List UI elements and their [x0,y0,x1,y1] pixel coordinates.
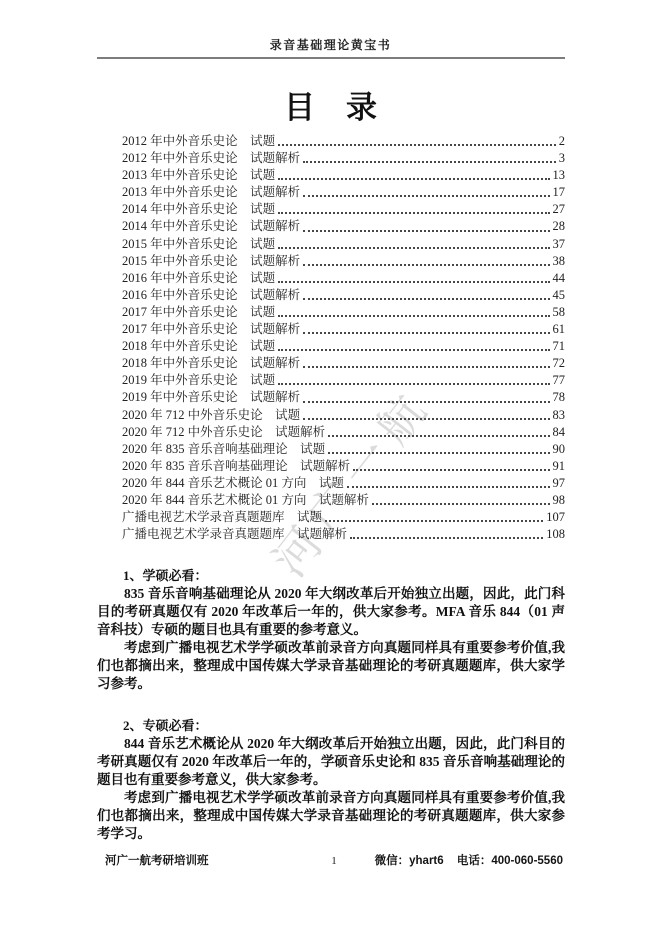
toc-entry-label: 2016 年中外音乐史论 试题 [122,270,275,287]
page-title: 目 录 [0,82,661,127]
footer-phone: 电话：400-060-5560 [457,855,563,867]
toc-entry: 2015 年中外音乐史论 试题解析 38 [122,253,565,270]
toc-entry-label: 2013 年中外音乐史论 试题解析 [122,184,300,201]
section-heading: 1、学硕必看： [97,567,565,585]
toc-dot-leader [303,263,549,266]
toc-entry-page: 44 [553,270,566,287]
toc-entry-page: 77 [553,372,566,389]
toc-entry-label: 2015 年中外音乐史论 试题 [122,236,275,253]
toc-dot-leader [278,280,549,283]
toc-entry-page: 61 [553,321,566,338]
toc-dot-leader [303,297,549,300]
toc-entry: 2014 年中外音乐史论 试题解析 28 [122,218,565,235]
toc-entry: 2020 年 712 中外音乐史论 试题 83 [122,407,565,424]
toc-dot-leader [278,382,549,385]
toc-entry-page: 58 [553,304,566,321]
toc-entry: 2016 年中外音乐史论 试题 44 [122,270,565,287]
toc-entry-label: 2015 年中外音乐史论 试题解析 [122,253,300,270]
toc-entry: 广播电视艺术学录音真题题库 试题 107 [122,509,565,526]
toc-entry-page: 17 [553,184,566,201]
footer-page-number: 1 [314,855,354,867]
toc-entry: 2020 年 835 音乐音响基础理论 试题 90 [122,441,565,458]
toc-entry-label: 2012 年中外音乐史论 试题 [122,133,275,150]
toc-entry-page: 83 [553,407,566,424]
toc-entry-label: 2019 年中外音乐史论 试题解析 [122,389,300,406]
toc-entry-page: 91 [553,458,566,475]
toc-entry: 2016 年中外音乐史论 试题解析 45 [122,287,565,304]
toc-entry-label: 2016 年中外音乐史论 试题解析 [122,287,300,304]
toc-dot-leader [278,211,549,214]
toc-entry: 广播电视艺术学录音真题题库 试题解析 108 [122,526,565,543]
toc-entry-label: 2012 年中外音乐史论 试题解析 [122,150,300,167]
footer-brand: 河广一航考研培训班 [105,852,314,868]
toc-entry: 2020 年 844 音乐艺术概论 01 方向 试题 97 [122,475,565,492]
toc-entry: 2015 年中外音乐史论 试题 37 [122,236,565,253]
toc-dot-leader [303,365,549,368]
toc-entry-page: 107 [546,509,565,526]
section-master-note: 1、学硕必看： 835 音乐音响基础理论从 2020 年大纲改革后开始独立出题，… [97,567,565,693]
toc-entry-page: 71 [553,338,566,355]
toc-entry-label: 2013 年中外音乐史论 试题 [122,167,275,184]
toc-entry-label: 广播电视艺术学录音真题题库 试题解析 [122,526,347,543]
header-book-title: 录音基础理论黄宝书 [0,36,661,53]
toc-entry: 2018 年中外音乐史论 试题 71 [122,338,565,355]
body-sections: 1、学硕必看： 835 音乐音响基础理论从 2020 年大纲改革后开始独立出题，… [97,567,565,843]
toc-dot-leader [325,519,543,522]
toc-entry-page: 27 [553,201,566,218]
toc-dot-leader [278,177,549,180]
document-page: 录音基础理论黄宝书 目 录 河广一航 2012 年中外音乐史论 试题 2 201… [0,0,661,935]
toc-entry-label: 2020 年 712 中外音乐史论 试题解析 [122,424,325,441]
toc-dot-leader [278,348,549,351]
page-footer: 河广一航考研培训班 1 微信：yhart6 电话：400-060-5560 [105,852,563,868]
toc-entry-label: 2018 年中外音乐史论 试题解析 [122,355,300,372]
toc-entry-label: 2018 年中外音乐史论 试题 [122,338,275,355]
toc-dot-leader [278,314,549,317]
toc-entry: 2013 年中外音乐史论 试题解析 17 [122,184,565,201]
toc-entry-label: 2020 年 835 音乐音响基础理论 试题 [122,441,325,458]
toc-entry-label: 2020 年 712 中外音乐史论 试题 [122,407,300,424]
toc-dot-leader [303,417,549,420]
toc-dot-leader [353,468,549,471]
paragraph: 835 音乐音响基础理论从 2020 年大纲改革后开始独立出题，因此，此门科目的… [97,585,565,639]
toc-entry: 2019 年中外音乐史论 试题解析 78 [122,389,565,406]
footer-contact: 微信：yhart6 电话：400-060-5560 [354,852,563,868]
toc-dot-leader [278,246,549,249]
toc-entry-label: 2020 年 844 音乐艺术概论 01 方向 试题解析 [122,492,369,509]
toc-entry: 2020 年 712 中外音乐史论 试题解析 84 [122,424,565,441]
toc-entry-page: 72 [553,355,566,372]
toc-dot-leader [350,536,543,539]
toc-entry-page: 78 [553,389,566,406]
toc-entry-label: 2019 年中外音乐史论 试题 [122,372,275,389]
toc-entry: 2014 年中外音乐史论 试题 27 [122,201,565,218]
paragraph: 844 音乐艺术概论从 2020 年大纲改革后开始独立出题，因此，此门科目的考研… [97,735,565,789]
footer-wechat: 微信：yhart6 [375,855,444,867]
toc-entry-page: 90 [553,441,566,458]
header-rule-divider [97,57,565,59]
toc-dot-leader [278,143,556,146]
toc-entry: 2020 年 844 音乐艺术概论 01 方向 试题解析 98 [122,492,565,509]
toc-entry: 2012 年中外音乐史论 试题 2 [122,133,565,150]
toc-entry: 2013 年中外音乐史论 试题 13 [122,167,565,184]
toc-list: 2012 年中外音乐史论 试题 2 2012 年中外音乐史论 试题解析 3 20… [122,133,565,543]
toc-entry-label: 2020 年 835 音乐音响基础理论 试题解析 [122,458,350,475]
toc-dot-leader [303,194,549,197]
toc-entry-page: 28 [553,218,566,235]
toc-dot-leader [328,434,549,437]
toc-dot-leader [347,485,550,488]
toc-entry-page: 3 [559,150,565,167]
toc-entry: 2017 年中外音乐史论 试题解析 61 [122,321,565,338]
toc-entry-page: 98 [553,492,566,509]
toc-entry-label: 2014 年中外音乐史论 试题解析 [122,218,300,235]
toc-entry-page: 38 [553,253,566,270]
toc-entry-label: 2020 年 844 音乐艺术概论 01 方向 试题 [122,475,344,492]
toc-entry-label: 广播电视艺术学录音真题题库 试题 [122,509,322,526]
toc-dot-leader [303,160,556,163]
toc-entry-page: 13 [553,167,566,184]
toc-entry-label: 2014 年中外音乐史论 试题 [122,201,275,218]
toc-entry-page: 45 [553,287,566,304]
paragraph: 考虑到广播电视艺术学学硕改革前录音方向真题同样具有重要参考价值,我们也都摘出来，… [97,639,565,693]
toc-entry-page: 108 [546,526,565,543]
toc-entry: 2012 年中外音乐史论 试题解析 3 [122,150,565,167]
toc-entry-page: 97 [553,475,566,492]
toc-dot-leader [372,502,550,505]
paragraph: 考虑到广播电视艺术学学硕改革前录音方向真题同样具有重要参考价值,我们也都摘出来，… [97,789,565,843]
toc-dot-leader [303,331,549,334]
toc-dot-leader [303,400,549,403]
toc-entry-page: 84 [553,424,566,441]
toc-dot-leader [328,451,549,454]
toc-entry: 2017 年中外音乐史论 试题 58 [122,304,565,321]
section-mfa-note: 2、专硕必看： 844 音乐艺术概论从 2020 年大纲改革后开始独立出题，因此… [97,717,565,843]
toc-entry-page: 2 [559,133,565,150]
toc-dot-leader [303,229,549,232]
toc-entry: 2020 年 835 音乐音响基础理论 试题解析 91 [122,458,565,475]
toc-entry: 2018 年中外音乐史论 试题解析 72 [122,355,565,372]
toc-entry-page: 37 [553,236,566,253]
section-heading: 2、专硕必看： [97,717,565,735]
toc-entry-label: 2017 年中外音乐史论 试题 [122,304,275,321]
toc-entry-label: 2017 年中外音乐史论 试题解析 [122,321,300,338]
toc-entry: 2019 年中外音乐史论 试题 77 [122,372,565,389]
